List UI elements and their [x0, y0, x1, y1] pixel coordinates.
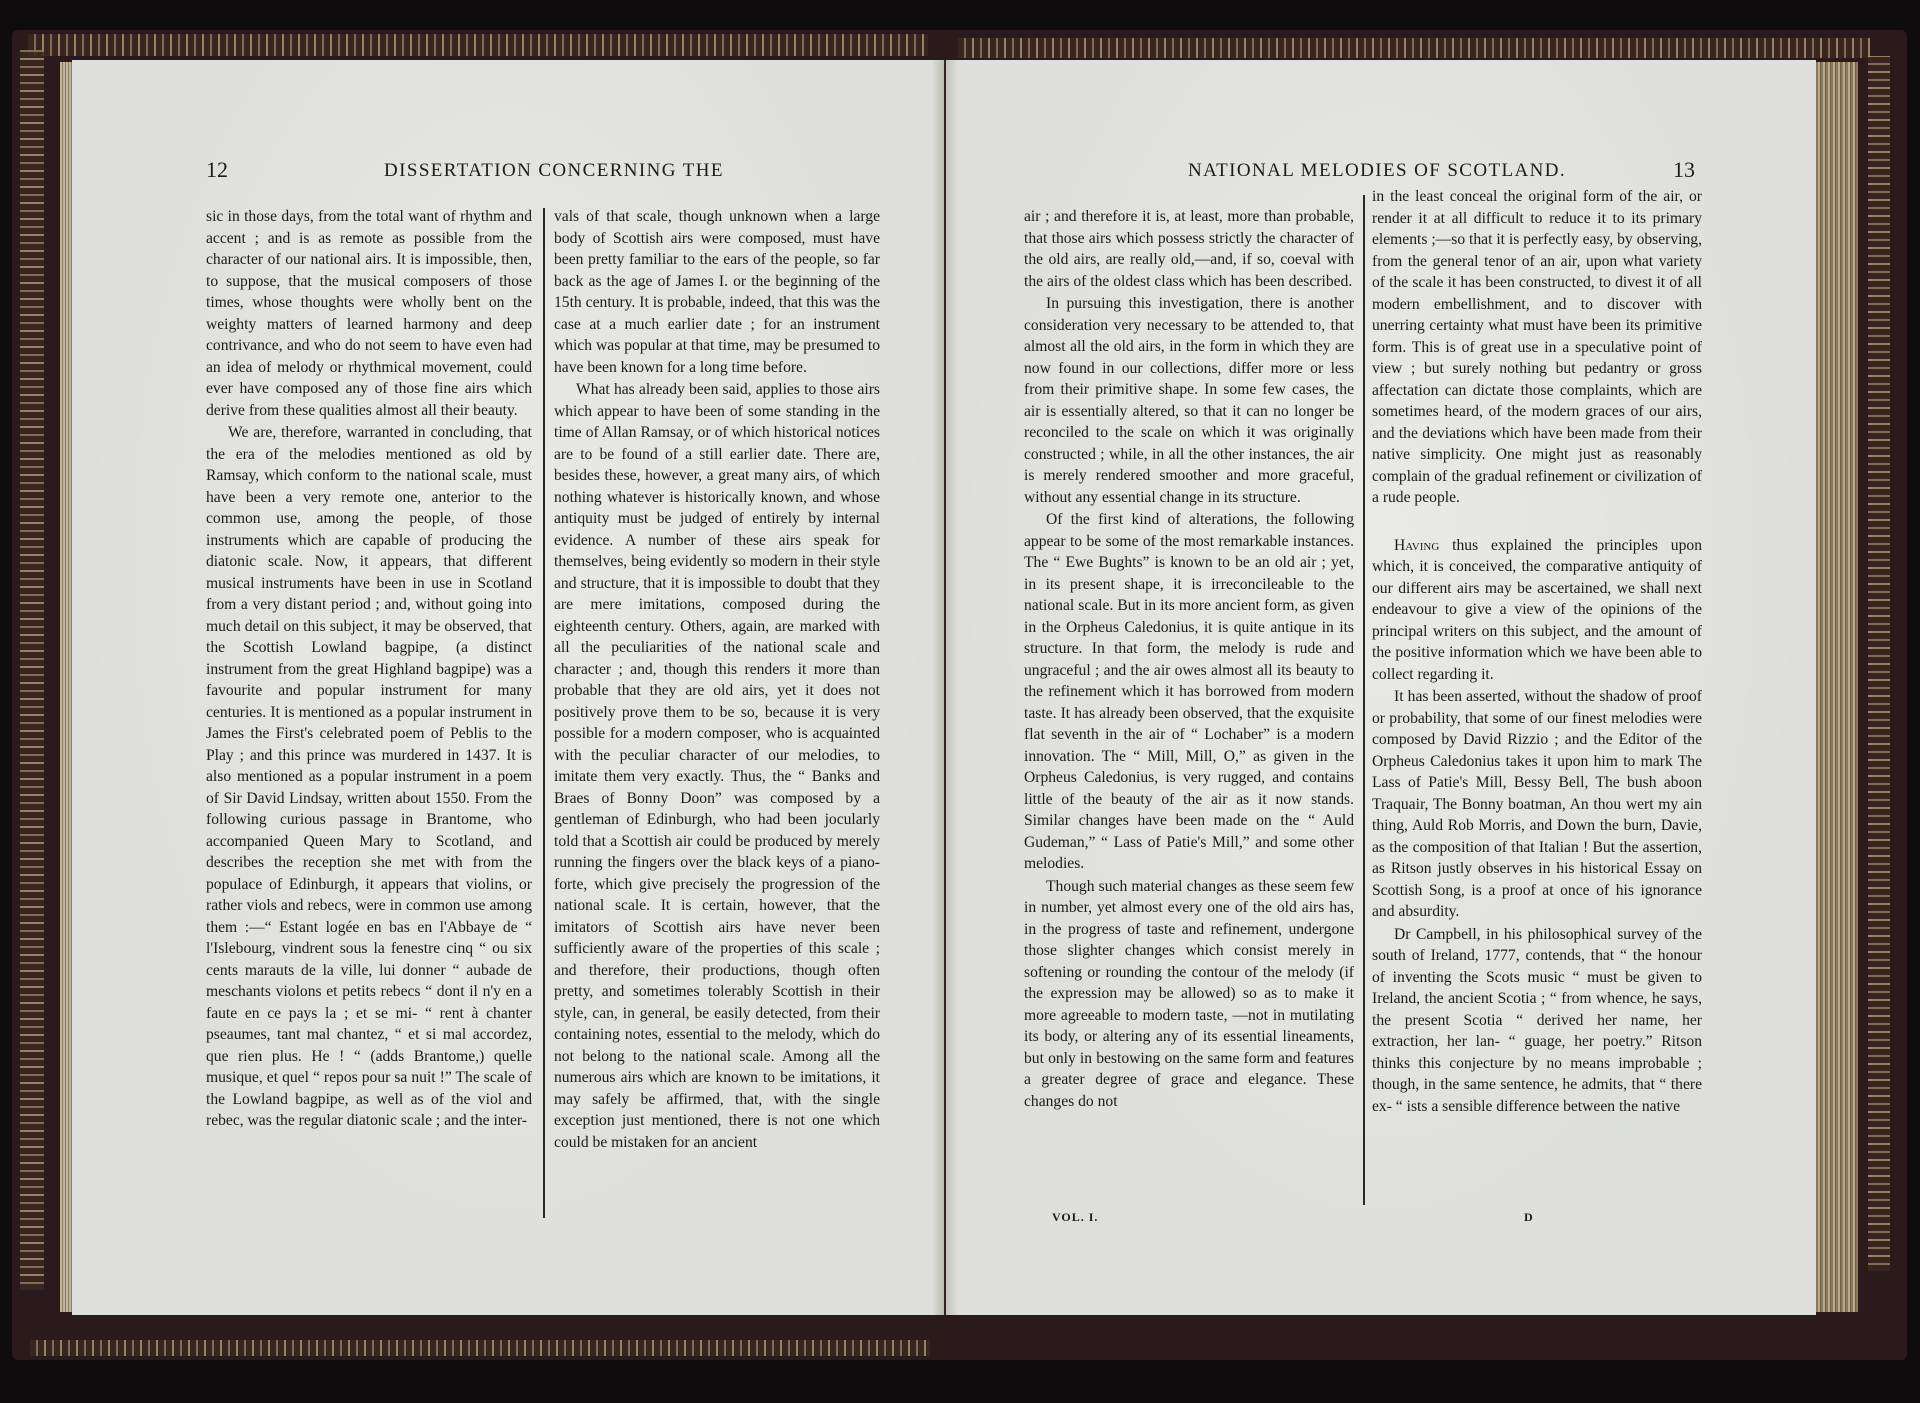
left-column-2: vals of that scale, though unknown when …	[554, 206, 880, 1153]
left-column-1: sic in those days, from the total want o…	[206, 206, 532, 1132]
gilt-border-top-right	[958, 38, 1870, 58]
page-edges-right	[1816, 62, 1858, 1312]
right-column-1: air ; and therefore it is, at least, mor…	[1024, 206, 1354, 1112]
paragraph: Of the first kind of alterations, the fo…	[1024, 509, 1354, 875]
gilt-border-top-left	[28, 34, 928, 56]
column-rule-right	[1363, 195, 1365, 1205]
paragraph: In pursuing this investigation, there is…	[1024, 293, 1354, 508]
paragraph: in the least conceal the original form o…	[1372, 186, 1702, 509]
running-head-right: NATIONAL MELODIES OF SCOTLAND.	[1188, 160, 1566, 182]
paragraph: air ; and therefore it is, at least, mor…	[1024, 206, 1354, 292]
book-gutter	[932, 60, 958, 1315]
paragraph: Though such material changes as these se…	[1024, 876, 1354, 1113]
gilt-border-bottom	[30, 1340, 930, 1356]
gilt-border-left	[20, 50, 44, 1290]
signature-vol: VOL. I.	[1052, 1210, 1098, 1225]
column-rule-left	[543, 208, 545, 1218]
page-number-left: 12	[206, 157, 228, 183]
gilt-border-right	[1868, 56, 1890, 1271]
paragraph: We are, therefore, warranted in concludi…	[206, 422, 532, 1132]
paragraph: sic in those days, from the total want o…	[206, 206, 532, 421]
section-opening-paragraph: Having thus explained the principles upo…	[1372, 535, 1702, 686]
small-caps-lead: Having	[1394, 537, 1439, 554]
running-head-left: DISSERTATION CONCERNING THE	[384, 160, 724, 182]
right-column-2: in the least conceal the original form o…	[1372, 186, 1702, 1117]
page-number-right: 13	[1673, 157, 1695, 183]
paragraph: vals of that scale, though unknown when …	[554, 206, 880, 378]
paragraph: It has been asserted, without the shadow…	[1372, 686, 1702, 923]
paragraph: Dr Campbell, in his philosophical survey…	[1372, 924, 1702, 1118]
paragraph: What has already been said, applies to t…	[554, 379, 880, 1153]
signature-letter: D	[1524, 1210, 1534, 1225]
